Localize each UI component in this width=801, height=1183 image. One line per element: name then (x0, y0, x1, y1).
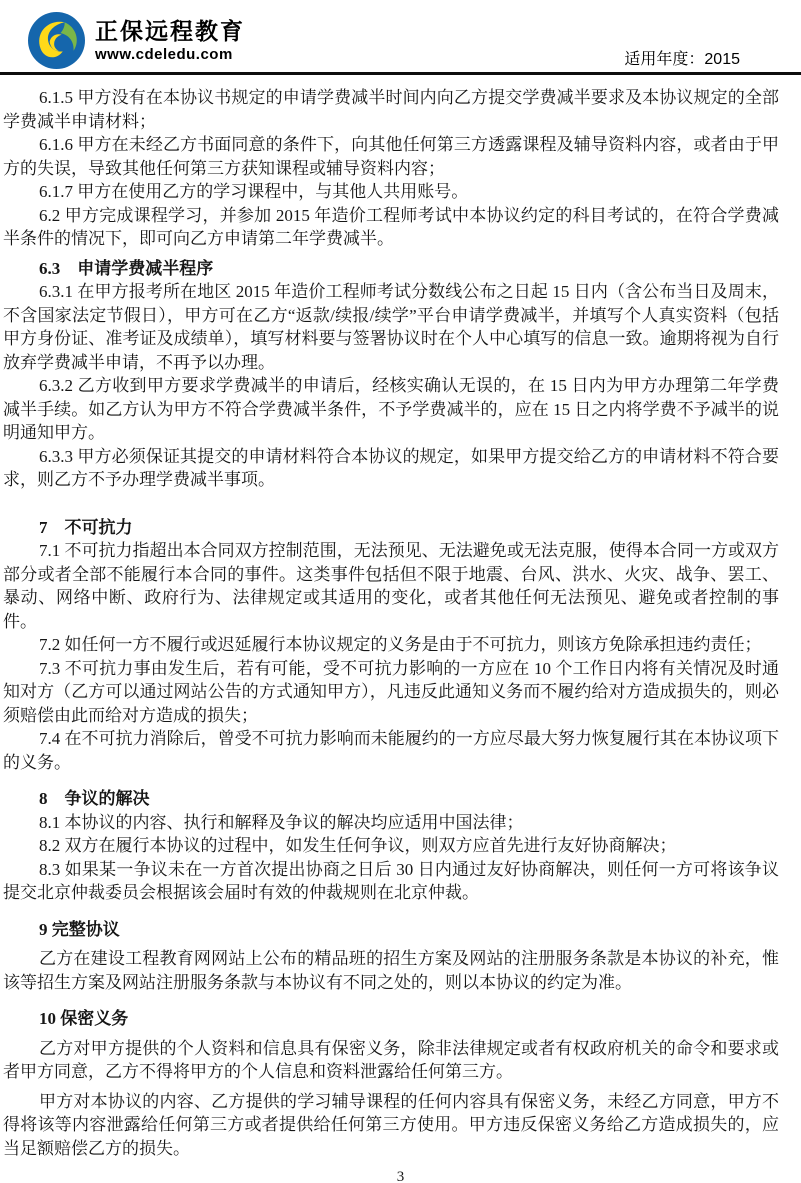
brand-block: 正保远程教育 www.cdeledu.com (95, 19, 245, 63)
page-header: 正保远程教育 www.cdeledu.com 适用年度：2015 (0, 0, 801, 75)
contract-paragraph: 7.3 不可抗力事由发生后，若有可能，受不可抗力影响的一方应在 10 个工作日内… (3, 657, 779, 728)
contract-paragraph: 6.2 甲方完成课程学习，并参加 2015 年造价工程师考试中本协议约定的科目考… (3, 204, 779, 251)
contract-paragraph: 6.3.1 在甲方报考所在地区 2015 年造价工程师考试分数线公布之日起 15… (3, 280, 779, 374)
brand-name: 正保远程教育 (95, 19, 245, 43)
applicable-year-label: 适用年度：2015 (624, 46, 740, 69)
section-heading: 10 保密义务 (3, 1007, 779, 1031)
contract-paragraph: 7.2 如任何一方不履行或迟延履行本协议规定的义务是由于不可抗力，则该方免除承担… (3, 633, 779, 657)
contract-paragraph: 6.3.2 乙方收到甲方要求学费减半的申请后，经核实确认无误的，在 15 日内为… (3, 374, 779, 445)
contract-paragraph: 乙方对甲方提供的个人资料和信息具有保密义务，除非法律规定或者有权政府机关的命令和… (3, 1037, 779, 1084)
brand-url: www.cdeledu.com (95, 46, 245, 63)
brand-swirl-logo-icon (28, 12, 85, 69)
page-number: 3 (0, 1169, 801, 1183)
section-heading: 7 不可抗力 (3, 516, 779, 540)
document-page: 正保远程教育 www.cdeledu.com 适用年度：2015 6.1.5 甲… (0, 0, 801, 1183)
contract-paragraph: 6.1.7 甲方在使用乙方的学习课程中，与其他人共用账号。 (3, 180, 779, 204)
contract-paragraph: 8.1 本协议的内容、执行和解释及争议的解决均应适用中国法律； (3, 811, 779, 835)
contract-paragraph: 6.3.3 甲方必须保证其提交的申请材料符合本协议的规定，如果甲方提交给乙方的申… (3, 445, 779, 492)
contract-paragraph: 7.4 在不可抗力消除后，曾受不可抗力影响而未能履约的一方应尽最大努力恢复履行其… (3, 727, 779, 774)
document-body: 6.1.5 甲方没有在本协议书规定的申请学费减半时间内向乙方提交学费减半要求及本… (0, 75, 801, 1160)
contract-paragraph: 8.2 双方在履行本协议的过程中，如发生任何争议，则双方应首先进行友好协商解决； (3, 834, 779, 858)
contract-paragraph: 乙方在建设工程教育网网站上公布的精品班的招生方案及网站的注册服务条款是本协议的补… (3, 947, 779, 994)
header-divider (0, 72, 801, 75)
section-heading: 9 完整协议 (3, 918, 779, 942)
contract-paragraph: 6.1.5 甲方没有在本协议书规定的申请学费减半时间内向乙方提交学费减半要求及本… (3, 86, 779, 133)
section-heading: 6.3 申请学费减半程序 (3, 257, 779, 281)
contract-paragraph: 6.1.6 甲方在未经乙方书面同意的条件下，向其他任何第三方透露课程及辅导资料内… (3, 133, 779, 180)
contract-paragraph: 甲方对本协议的内容、乙方提供的学习辅导课程的任何内容具有保密义务，未经乙方同意，… (3, 1090, 779, 1161)
contract-paragraph: 8.3 如果某一争议未在一方首次提出协商之日后 30 日内通过友好协商解决，则任… (3, 858, 779, 905)
contract-paragraph: 7.1 不可抗力指超出本合同双方控制范围，无法预见、无法避免或无法克服，使得本合… (3, 539, 779, 633)
section-heading: 8 争议的解决 (3, 787, 779, 811)
